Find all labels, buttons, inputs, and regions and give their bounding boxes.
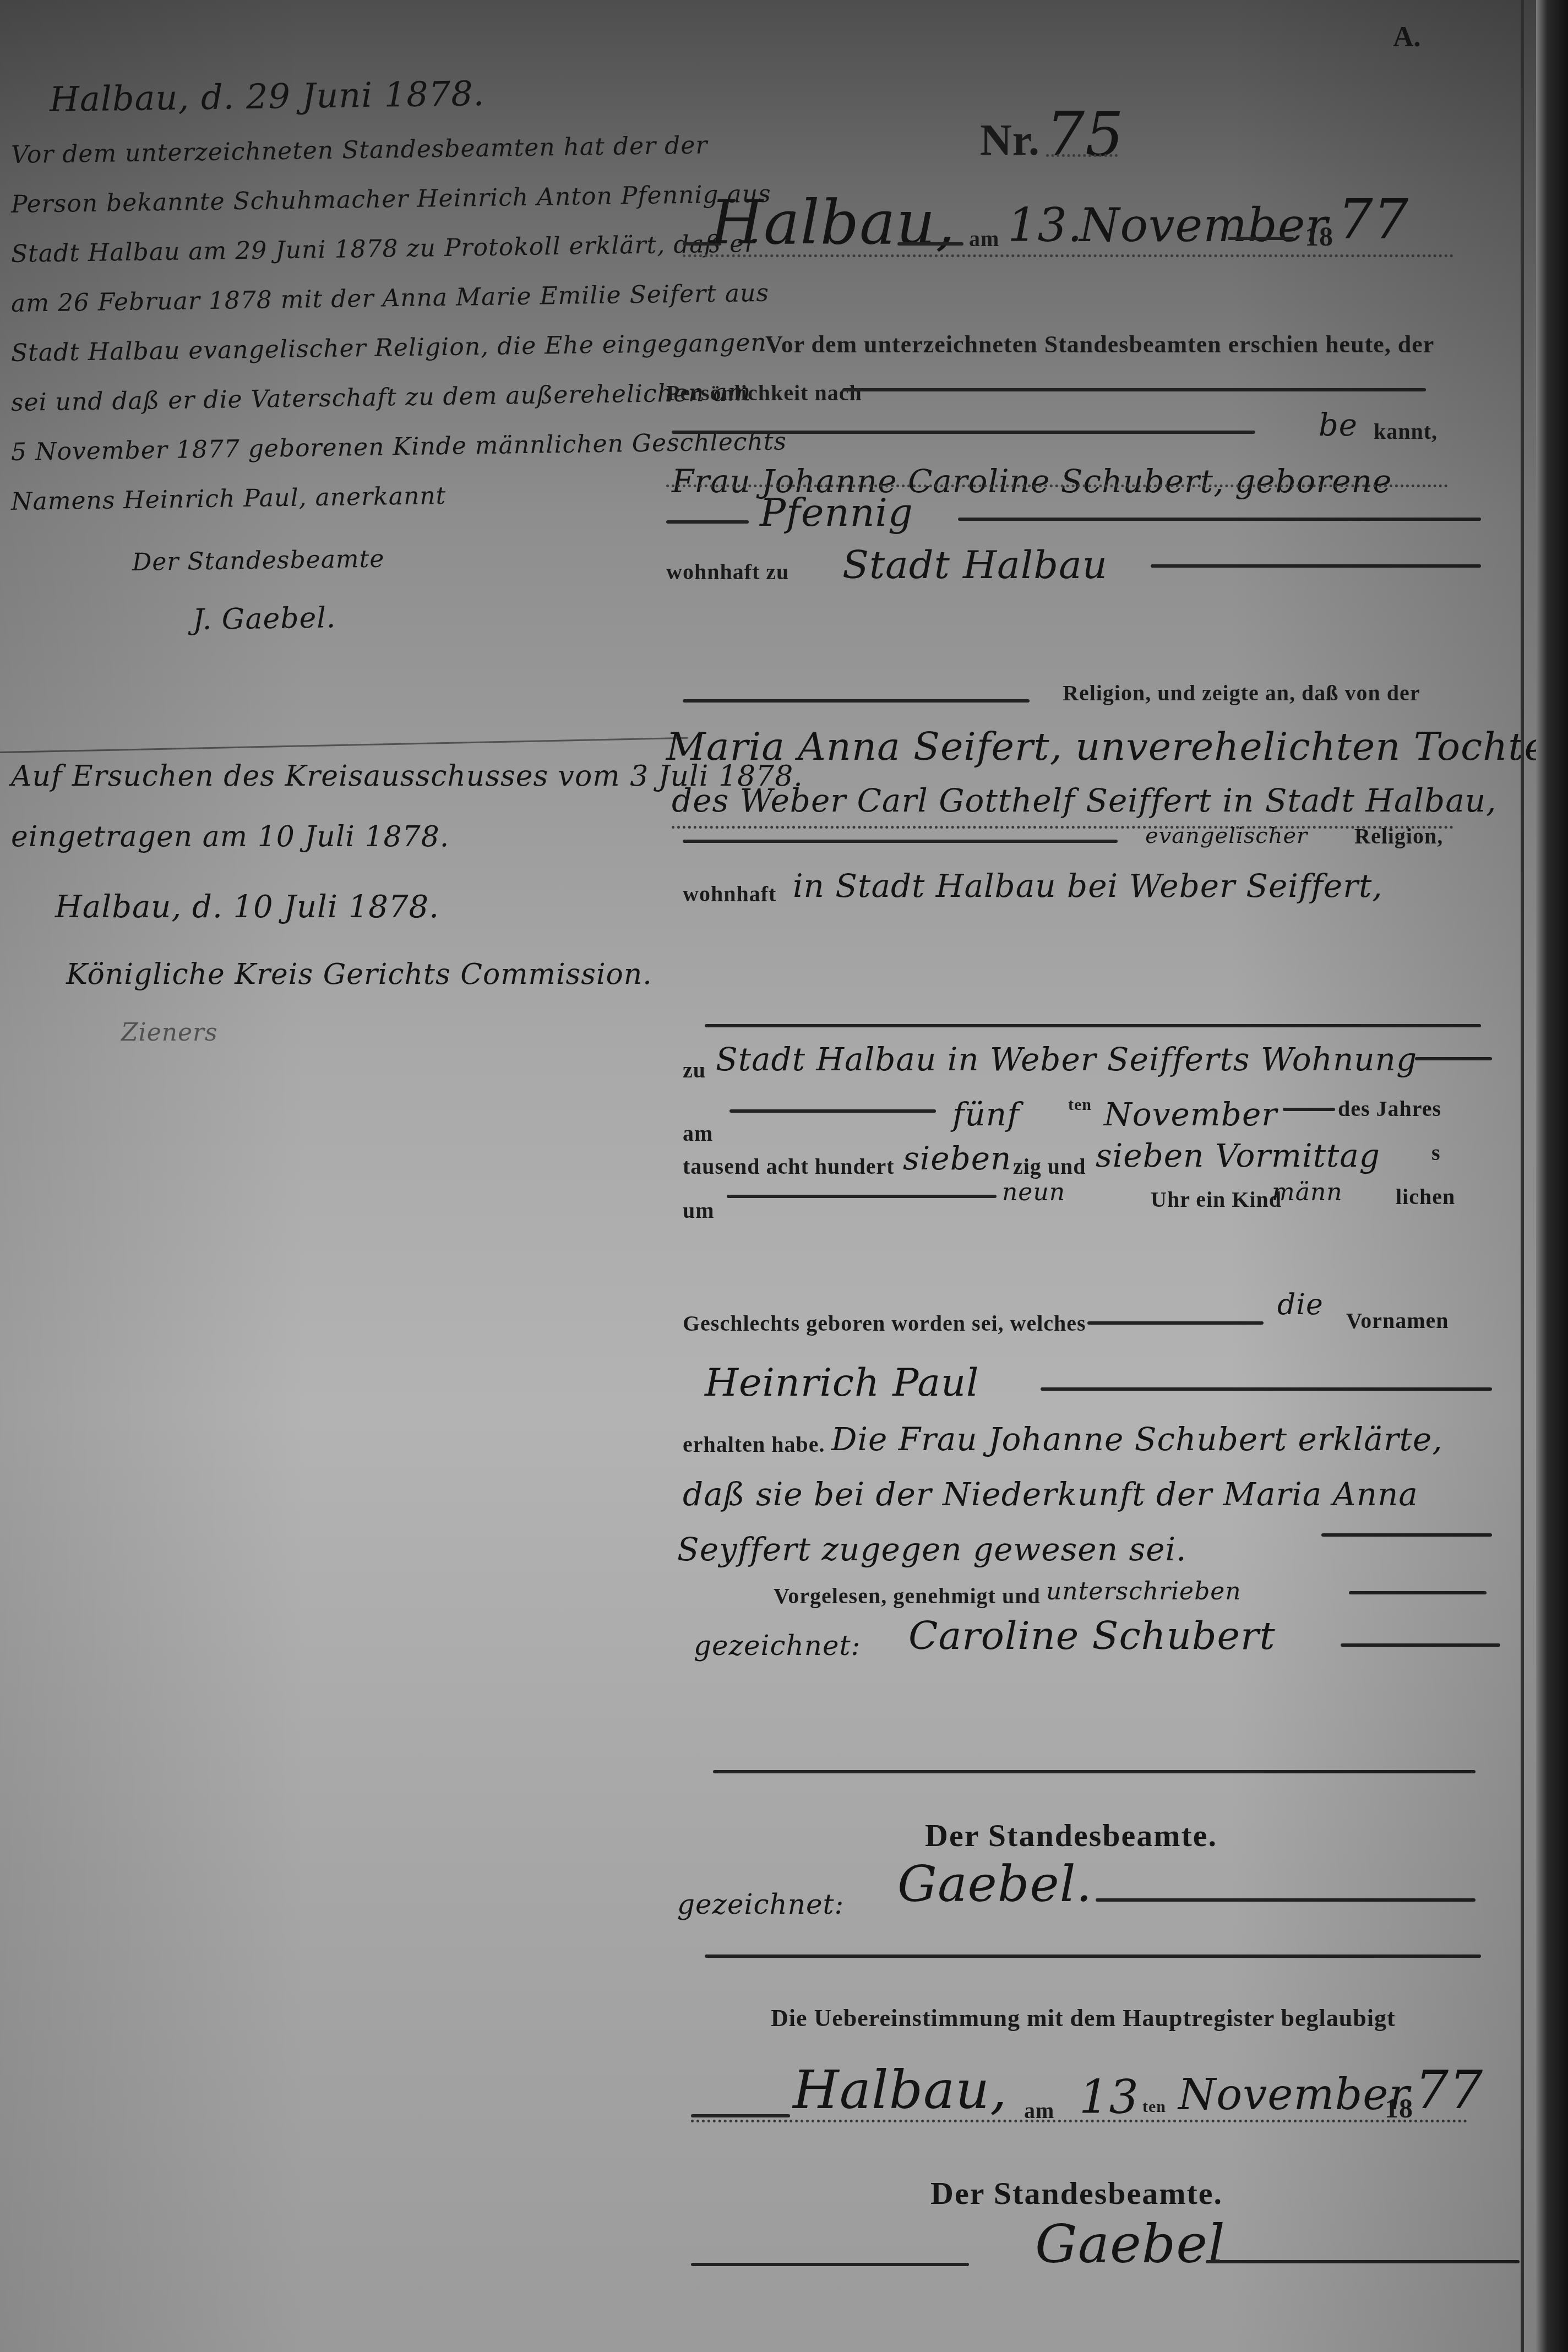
statement-line: Die Frau Johanne Schubert erklärte, <box>831 1420 1443 1458</box>
rule <box>729 1109 936 1113</box>
book-binding <box>1536 0 1568 2352</box>
margin-note-line: Stadt Halbau evangelischer Religion, die… <box>11 331 767 366</box>
year-units-suffix: s <box>1431 1140 1441 1166</box>
identity-suffix: kannt, <box>1374 418 1438 444</box>
identity-value: be <box>1319 407 1358 443</box>
time-suffix: Uhr ein Kind <box>1151 1186 1282 1212</box>
informant-signature: Caroline Schubert <box>908 1613 1276 1658</box>
certification-day: 13 <box>1079 2070 1139 2124</box>
informant-signature-prefix: gezeichnet: <box>694 1630 861 1662</box>
rule <box>1206 2260 1520 2263</box>
rule <box>683 699 1030 703</box>
certification-title: Der Standesbeamte. <box>930 2175 1223 2212</box>
mother-name: Maria Anna Seifert, unverehelichten Toch… <box>666 724 1566 769</box>
year-printed: tausend acht hundert <box>683 1153 895 1179</box>
rule <box>958 518 1481 521</box>
margin-note-signature: Zieners <box>121 1019 218 1047</box>
rule <box>691 2263 969 2266</box>
certification-signature: Gaebel <box>1035 2213 1226 2275</box>
registrar-signature-prefix: gezeichnet: <box>677 1888 844 1920</box>
rule <box>1041 1387 1492 1391</box>
entry-number: 75 <box>1046 99 1124 170</box>
rule <box>666 520 749 524</box>
rule <box>672 431 1255 434</box>
certification-month: November <box>1178 2070 1410 2120</box>
certification-place: Halbau, <box>793 2059 1008 2121</box>
time-value: neun <box>1002 1178 1065 1206</box>
read-approved-value: unterschrieben <box>1046 1577 1242 1605</box>
registration-month: November <box>1079 198 1329 252</box>
born-label: Geschlechts geboren worden sei, welches <box>683 1310 1086 1336</box>
dotted-line <box>683 254 1453 257</box>
margin-divider <box>0 737 688 753</box>
read-approved-label: Vorgelesen, genehmigt und <box>774 1583 1041 1609</box>
rule <box>705 1024 1481 1027</box>
rule <box>1321 1533 1492 1537</box>
rule <box>705 1954 1481 1958</box>
margin-note-date: Halbau, d. 29 Juni 1878. <box>50 77 485 117</box>
mother-residence-label: wohnhaft <box>683 881 776 907</box>
birth-day-label: am <box>683 1120 713 1146</box>
year-prefix: 18 <box>1305 220 1333 252</box>
birth-month: November <box>1104 1096 1277 1133</box>
margin-note-line: eingetragen am 10 Juli 1878. <box>11 820 449 853</box>
margin-note-place-date: Halbau, d. 10 Juli 1878. <box>55 889 439 925</box>
mother-religion: evangelischer <box>1145 823 1308 848</box>
residence-label: wohnhaft zu <box>666 559 789 585</box>
rule <box>1087 1321 1264 1325</box>
dotted-line <box>666 484 1448 487</box>
birthplace: Stadt Halbau in Weber Seifferts Wohnung <box>716 1041 1417 1078</box>
margin-note-line: sei und daß er die Vaterschaft zu dem au… <box>11 380 752 415</box>
child-sex: männ <box>1272 1178 1343 1206</box>
rule <box>1349 1591 1487 1594</box>
year-tens: sieben <box>903 1140 1011 1177</box>
registrar-title: Der Standesbeamte. <box>925 1817 1217 1854</box>
certification-text: Die Uebereinstimmung mit dem Hauptregist… <box>771 2004 1396 2032</box>
rule <box>691 2114 790 2117</box>
margin-note-signature-title: Der Standesbeamte <box>132 547 385 575</box>
birth-day-suffix: ten <box>1068 1096 1092 1114</box>
rule <box>1415 1057 1492 1060</box>
mother-residence: in Stadt Halbau bei Weber Seiffert, <box>793 867 1383 905</box>
page-edge <box>1521 0 1524 2352</box>
mother-father: des Weber Carl Gotthelf Seiffert in Stad… <box>672 782 1497 819</box>
rule <box>727 1195 997 1198</box>
dotted-line <box>1046 154 1118 157</box>
margin-note-signature: J. Gaebel. <box>193 603 336 634</box>
rule <box>713 1770 1476 1773</box>
rule <box>1228 237 1294 240</box>
rule <box>1341 1643 1500 1647</box>
certification-year: 77 <box>1415 2059 1483 2121</box>
margin-note-line: Vor dem unterzeichneten Standesbeamten h… <box>11 133 708 167</box>
certification-day-suffix: ten <box>1142 2098 1166 2116</box>
mother-religion-label: Religion, <box>1354 823 1443 849</box>
year-tens-suffix: zig und <box>1013 1153 1086 1179</box>
registrar-signature: Gaebel. <box>897 1855 1092 1913</box>
rule <box>1096 1898 1476 1902</box>
rule <box>1151 564 1481 568</box>
rule <box>1283 1108 1335 1111</box>
rule <box>842 388 1426 391</box>
registration-day: 13. <box>1008 198 1083 252</box>
statement-line: daß sie bei der Niederkunft der Maria An… <box>683 1476 1418 1513</box>
year-label: des Jahres <box>1338 1096 1441 1121</box>
registration-year: 77 <box>1338 187 1409 252</box>
register-page: Halbau, d. 29 Juni 1878. Vor dem unterze… <box>0 0 1536 2352</box>
date-prefix: am <box>969 226 999 252</box>
article-value: die <box>1277 1288 1324 1321</box>
margin-note-line: Person bekannte Schuhmacher Heinrich Ant… <box>11 182 771 217</box>
identity-label: Persönlichkeit nach <box>666 380 862 406</box>
time-label: um <box>683 1197 715 1223</box>
year-units-time: sieben Vormittag <box>1096 1137 1380 1174</box>
intro-text: Vor dem unterzeichneten Standesbeamten e… <box>765 330 1434 358</box>
statement-line: Seyffert zugegen gewesen sei. <box>677 1531 1187 1568</box>
birthplace-label: zu <box>683 1057 706 1083</box>
rule <box>897 242 963 246</box>
informant-residence: Stadt Halbau <box>842 542 1108 587</box>
margin-note-line: am 26 Februar 1878 mit der Anna Marie Em… <box>11 281 770 316</box>
dotted-line <box>691 2120 1467 2122</box>
birth-entry-form: A. Nr. 75 Halbau, am 13. November 18 77 … <box>661 0 1520 2352</box>
margin-note-line: Stadt Halbau am 29 Juni 1878 zu Protokol… <box>11 232 757 266</box>
religion-label: Religion, und zeigte an, daß von der <box>1063 680 1420 706</box>
given-names-label: Vornamen <box>1346 1308 1449 1333</box>
margin-note-line: Namens Heinrich Paul, anerkannt <box>11 484 447 514</box>
margin-note-authority: Königliche Kreis Gerichts Commission. <box>66 958 652 991</box>
entry-number-label: Nr. <box>980 116 1040 166</box>
birth-day: fünf <box>952 1096 1020 1133</box>
informant-maiden-name: Pfennig <box>760 490 913 535</box>
received-label: erhalten habe. <box>683 1431 825 1457</box>
registration-place: Halbau, <box>710 187 956 258</box>
child-sex-suffix: lichen <box>1396 1184 1455 1210</box>
form-letter: A. <box>1393 21 1421 53</box>
rule <box>683 840 1118 843</box>
child-given-names: Heinrich Paul <box>705 1360 979 1405</box>
dotted-line <box>672 826 1453 829</box>
